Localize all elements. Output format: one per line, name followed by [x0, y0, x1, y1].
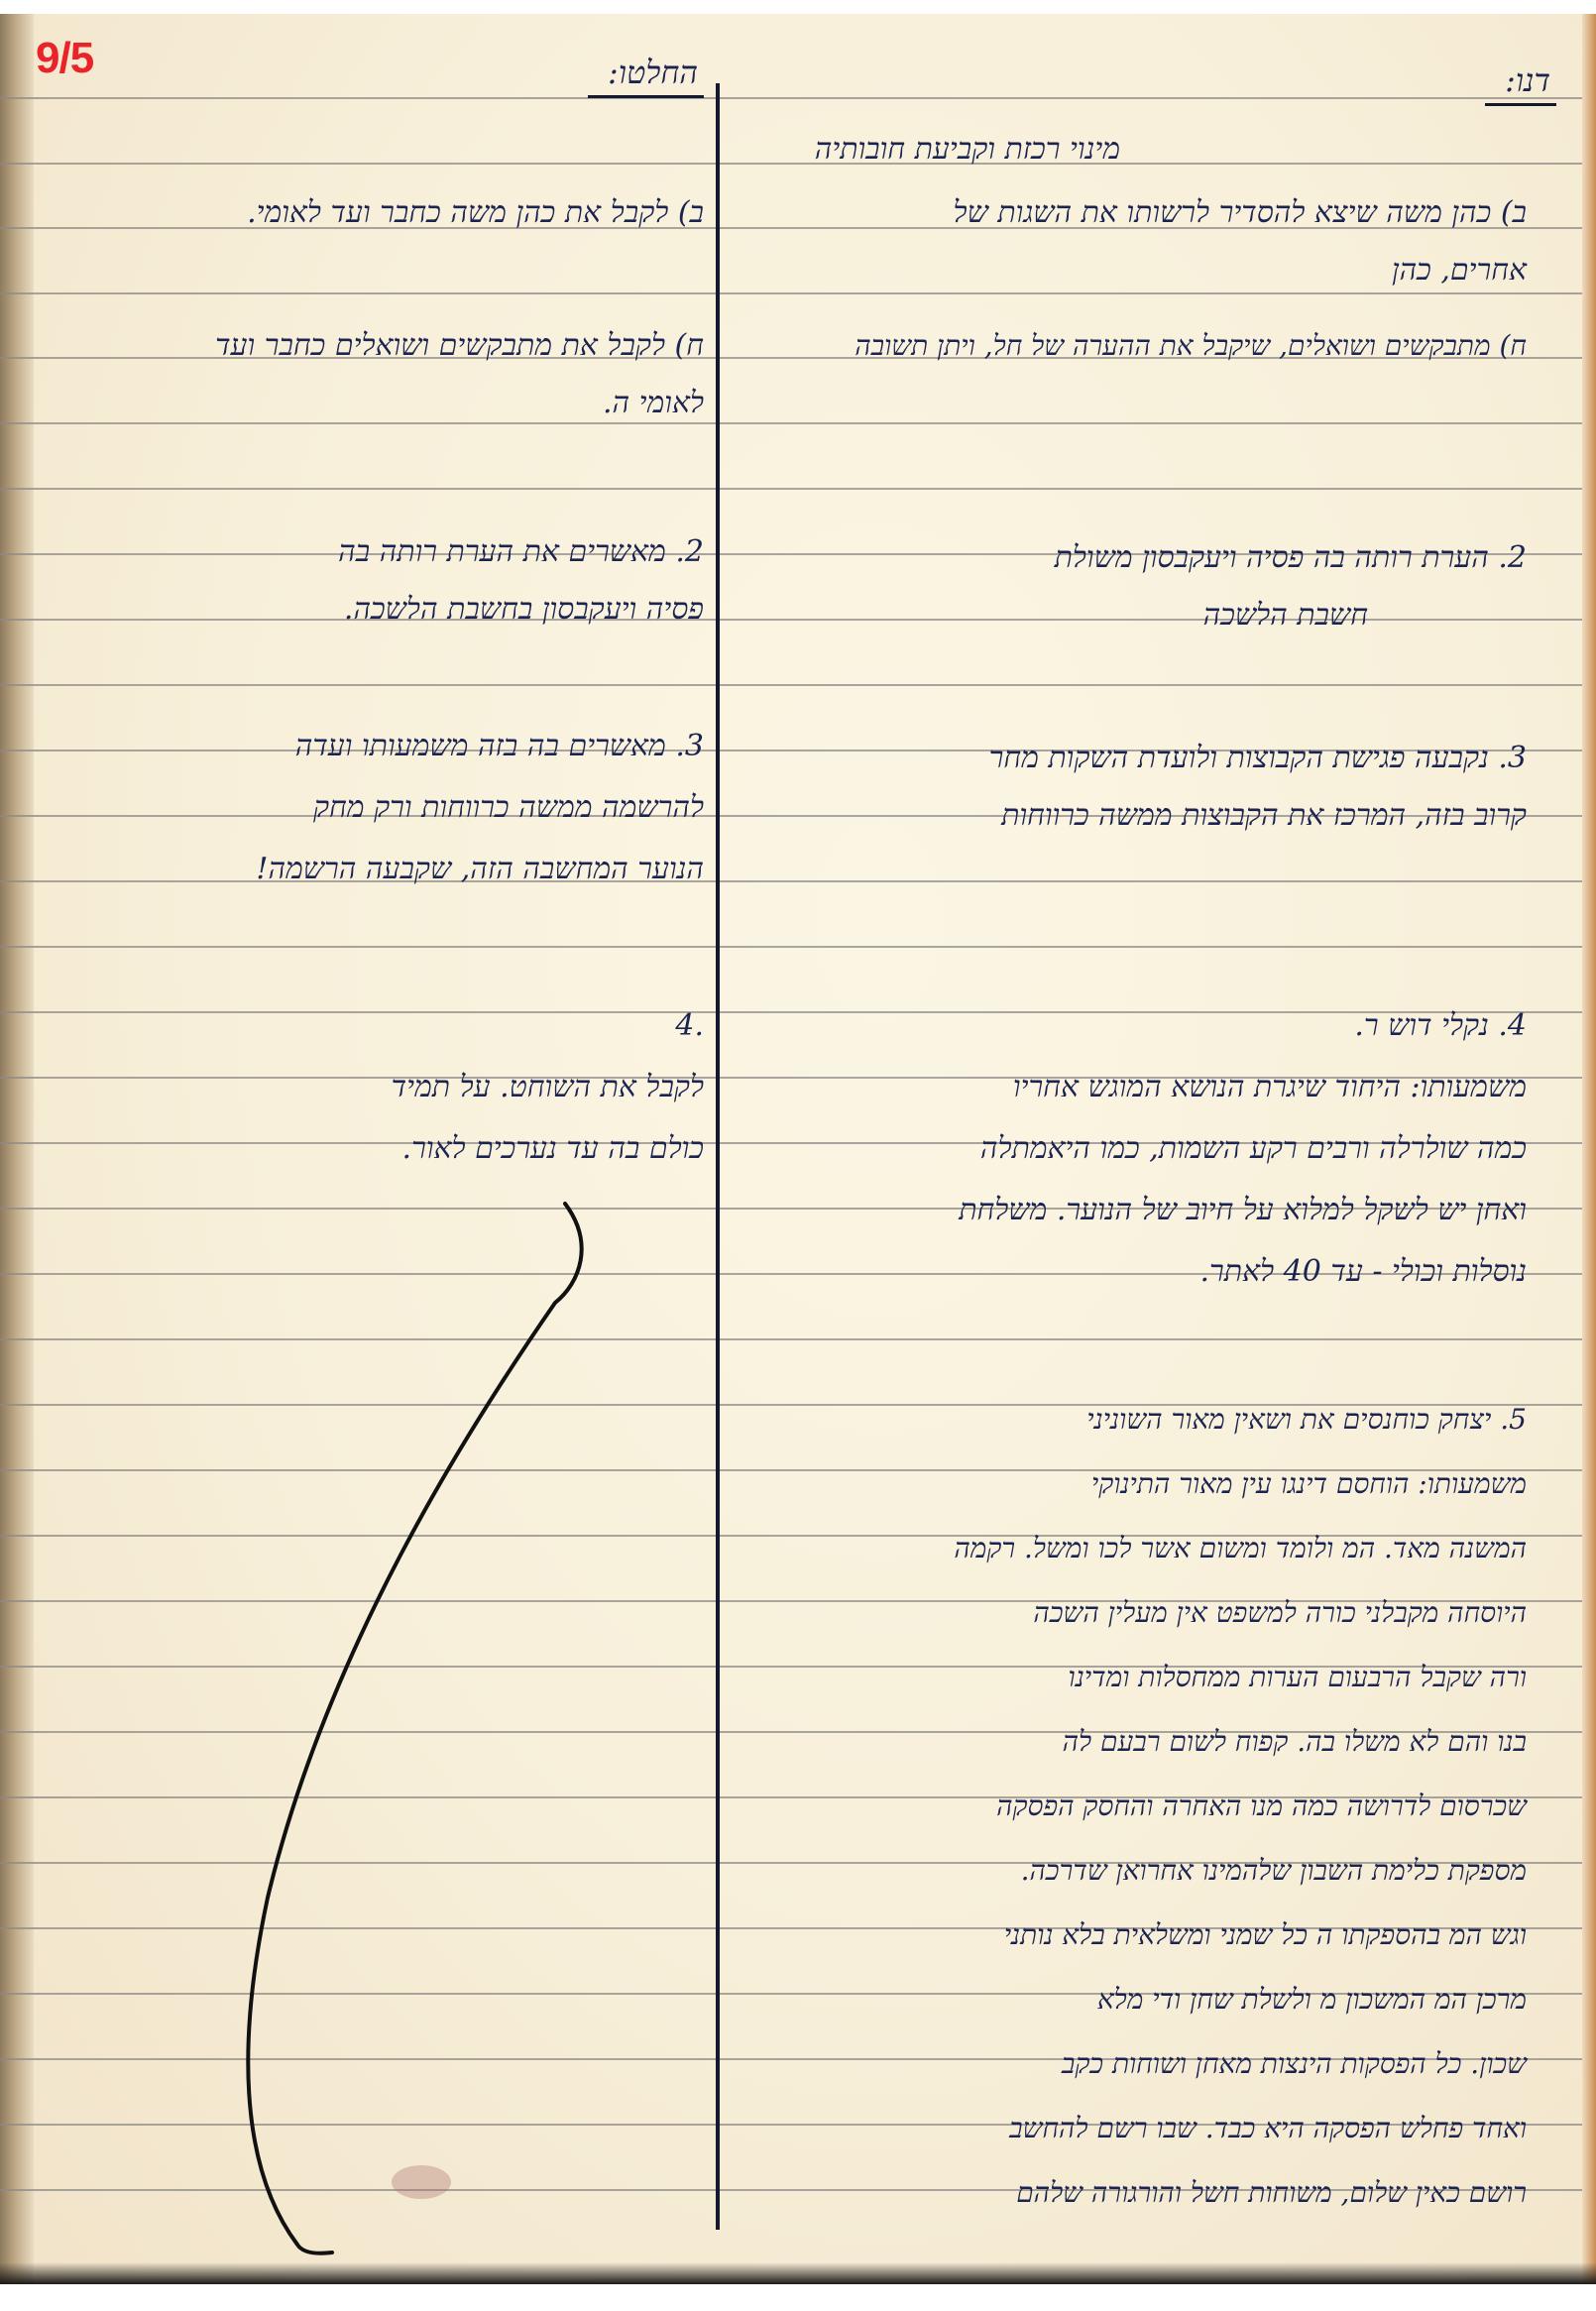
- notebook-page: 9/5 דנו: החלטו: מינוי רכזת וקביעת חובותי…: [0, 14, 1596, 2284]
- blank-space-curve-mark: [0, 14, 1596, 2284]
- page-bottom-shadow: [0, 2262, 1596, 2284]
- ink-smudge: [392, 2165, 451, 2199]
